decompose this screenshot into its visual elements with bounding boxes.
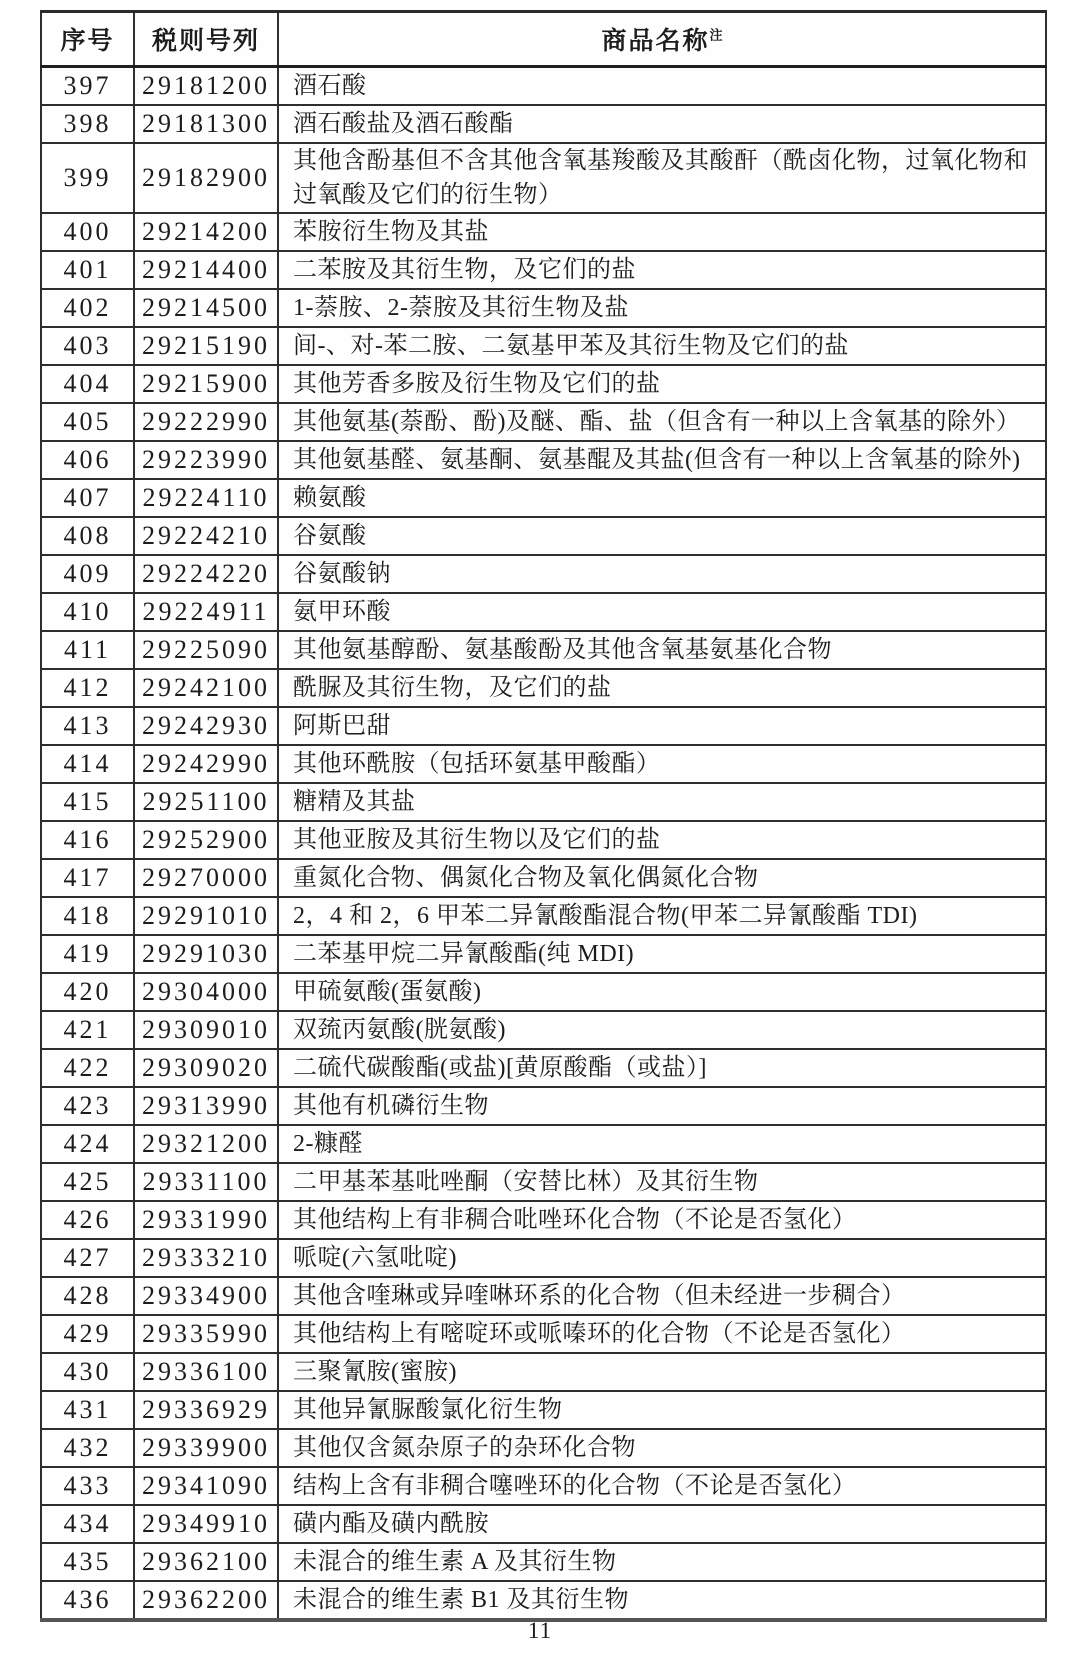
code-cell: 29251100: [134, 783, 278, 821]
serial-cell: 412: [41, 669, 134, 707]
table-row: 432 29339900 其他仅含氮杂原子的杂环化合物: [41, 1429, 1046, 1467]
code-header: 税则号列: [134, 12, 278, 67]
serial-cell: 436: [41, 1581, 134, 1620]
code-cell: 29181200: [134, 67, 278, 106]
serial-cell: 430: [41, 1353, 134, 1391]
table-row: 423 29313990 其他有机磷衍生物: [41, 1087, 1046, 1125]
table-row: 433 29341090 结构上含有非稠合噻唑环的化合物（不论是否氢化）: [41, 1467, 1046, 1505]
name-cell: 二硫代碳酸酯(或盐)[黄原酸酯（或盐）]: [278, 1049, 1046, 1087]
name-cell: 其他氨基醛、氨基酮、氨基醌及其盐(但含有一种以上含氧基的除外): [278, 441, 1046, 479]
serial-cell: 416: [41, 821, 134, 859]
table-row: 418 29291010 2，4 和 2，6 甲苯二异氰酸酯混合物(甲苯二异氰酸…: [41, 897, 1046, 935]
table-row: 427 29333210 哌啶(六氢吡啶): [41, 1239, 1046, 1277]
table-row: 398 29181300 酒石酸盐及酒石酸酯: [41, 105, 1046, 143]
name-cell: 间-、对-苯二胺、二氨基甲苯及其衍生物及它们的盐: [278, 327, 1046, 365]
serial-cell: 434: [41, 1505, 134, 1543]
name-cell: 其他氨基醇酚、氨基酸酚及其他含氧基氨基化合物: [278, 631, 1046, 669]
name-cell: 酒石酸盐及酒石酸酯: [278, 105, 1046, 143]
code-cell: 29215900: [134, 365, 278, 403]
table-row: 410 29224911 氨甲环酸: [41, 593, 1046, 631]
code-cell: 29321200: [134, 1125, 278, 1163]
code-cell: 29224220: [134, 555, 278, 593]
name-cell: 其他有机磷衍生物: [278, 1087, 1046, 1125]
serial-cell: 431: [41, 1391, 134, 1429]
name-cell: 甲硫氨酸(蛋氨酸): [278, 973, 1046, 1011]
table-row: 424 29321200 2-糠醛: [41, 1125, 1046, 1163]
code-cell: 29214500: [134, 289, 278, 327]
table-row: 415 29251100 糖精及其盐: [41, 783, 1046, 821]
table-row: 420 29304000 甲硫氨酸(蛋氨酸): [41, 973, 1046, 1011]
table-row: 399 29182900 其他含酚基但不含其他含氧基羧酸及其酸酐（酰卤化物，过氧…: [41, 143, 1046, 213]
serial-cell: 424: [41, 1125, 134, 1163]
table-row: 435 29362100 未混合的维生素 A 及其衍生物: [41, 1543, 1046, 1581]
table-row: 404 29215900 其他芳香多胺及衍生物及它们的盐: [41, 365, 1046, 403]
table-header: 序号 税则号列 商品名称注: [41, 12, 1046, 67]
code-cell: 29335990: [134, 1315, 278, 1353]
serial-cell: 425: [41, 1163, 134, 1201]
serial-cell: 428: [41, 1277, 134, 1315]
table-row: 397 29181200 酒石酸: [41, 67, 1046, 106]
code-cell: 29336929: [134, 1391, 278, 1429]
serial-cell: 399: [41, 143, 134, 213]
name-cell: 重氮化合物、偶氮化合物及氧化偶氮化合物: [278, 859, 1046, 897]
table-row: 411 29225090 其他氨基醇酚、氨基酸酚及其他含氧基氨基化合物: [41, 631, 1046, 669]
header-row: 序号 税则号列 商品名称注: [41, 12, 1046, 67]
name-cell: 其他仅含氮杂原子的杂环化合物: [278, 1429, 1046, 1467]
serial-cell: 420: [41, 973, 134, 1011]
code-cell: 29242930: [134, 707, 278, 745]
code-cell: 29336100: [134, 1353, 278, 1391]
document-page: 序号 税则号列 商品名称注 397 29181200 酒石酸 398 29181…: [0, 0, 1080, 1671]
serial-cell: 398: [41, 105, 134, 143]
table-row: 406 29223990 其他氨基醛、氨基酮、氨基醌及其盐(但含有一种以上含氧基…: [41, 441, 1046, 479]
serial-cell: 415: [41, 783, 134, 821]
serial-cell: 435: [41, 1543, 134, 1581]
code-cell: 29270000: [134, 859, 278, 897]
serial-cell: 400: [41, 213, 134, 251]
name-cell: 三聚氰胺(蜜胺): [278, 1353, 1046, 1391]
serial-cell: 419: [41, 935, 134, 973]
serial-cell: 404: [41, 365, 134, 403]
code-cell: 29214400: [134, 251, 278, 289]
code-cell: 29214200: [134, 213, 278, 251]
serial-cell: 406: [41, 441, 134, 479]
code-cell: 29331100: [134, 1163, 278, 1201]
table-row: 408 29224210 谷氨酸: [41, 517, 1046, 555]
name-cell: 其他氨基(萘酚、酚)及醚、酯、盐（但含有一种以上含氧基的除外）: [278, 403, 1046, 441]
code-cell: 29362200: [134, 1581, 278, 1620]
code-cell: 29349910: [134, 1505, 278, 1543]
table-row: 421 29309010 双巯丙氨酸(胱氨酸): [41, 1011, 1046, 1049]
code-cell: 29304000: [134, 973, 278, 1011]
name-cell: 其他芳香多胺及衍生物及它们的盐: [278, 365, 1046, 403]
code-cell: 29362100: [134, 1543, 278, 1581]
name-cell: 其他结构上有非稠合吡唑环化合物（不论是否氢化）: [278, 1201, 1046, 1239]
serial-cell: 426: [41, 1201, 134, 1239]
tariff-table: 序号 税则号列 商品名称注 397 29181200 酒石酸 398 29181…: [40, 10, 1047, 1622]
code-cell: 29291010: [134, 897, 278, 935]
serial-cell: 401: [41, 251, 134, 289]
table-row: 402 29214500 1-萘胺、2-萘胺及其衍生物及盐: [41, 289, 1046, 327]
name-cell: 赖氨酸: [278, 479, 1046, 517]
code-cell: 29331990: [134, 1201, 278, 1239]
name-cell: 双巯丙氨酸(胱氨酸): [278, 1011, 1046, 1049]
serial-cell: 407: [41, 479, 134, 517]
serial-cell: 429: [41, 1315, 134, 1353]
name-cell: 未混合的维生素 B1 及其衍生物: [278, 1581, 1046, 1620]
note-superscript: 注: [710, 28, 723, 43]
code-cell: 29309020: [134, 1049, 278, 1087]
table-row: 416 29252900 其他亚胺及其衍生物以及它们的盐: [41, 821, 1046, 859]
code-cell: 29215190: [134, 327, 278, 365]
name-cell: 其他异氰脲酸氯化衍生物: [278, 1391, 1046, 1429]
table-row: 409 29224220 谷氨酸钠: [41, 555, 1046, 593]
code-cell: 29225090: [134, 631, 278, 669]
name-cell: 酒石酸: [278, 67, 1046, 106]
name-cell: 谷氨酸钠: [278, 555, 1046, 593]
serial-cell: 427: [41, 1239, 134, 1277]
serial-cell: 422: [41, 1049, 134, 1087]
table-row: 431 29336929 其他异氰脲酸氯化衍生物: [41, 1391, 1046, 1429]
serial-cell: 423: [41, 1087, 134, 1125]
code-cell: 29224210: [134, 517, 278, 555]
table-body: 397 29181200 酒石酸 398 29181300 酒石酸盐及酒石酸酯 …: [41, 67, 1046, 1621]
serial-header: 序号: [41, 12, 134, 67]
table-row: 428 29334900 其他含喹琳或异喹啉环系的化合物（但未经进一步稠合）: [41, 1277, 1046, 1315]
table-row: 413 29242930 阿斯巴甜: [41, 707, 1046, 745]
code-cell: 29224911: [134, 593, 278, 631]
table-row: 425 29331100 二甲基苯基吡唑酮（安替比林）及其衍生物: [41, 1163, 1046, 1201]
name-cell: 2-糠醛: [278, 1125, 1046, 1163]
name-cell: 未混合的维生素 A 及其衍生物: [278, 1543, 1046, 1581]
serial-cell: 418: [41, 897, 134, 935]
name-cell: 二苯基甲烷二异氰酸酯(纯 MDI): [278, 935, 1046, 973]
table-row: 414 29242990 其他环酰胺（包括环氨基甲酸酯）: [41, 745, 1046, 783]
name-cell: 谷氨酸: [278, 517, 1046, 555]
name-cell: 磺内酯及磺内酰胺: [278, 1505, 1046, 1543]
name-cell: 酰脲及其衍生物，及它们的盐: [278, 669, 1046, 707]
table-row: 417 29270000 重氮化合物、偶氮化合物及氧化偶氮化合物: [41, 859, 1046, 897]
name-cell: 二苯胺及其衍生物，及它们的盐: [278, 251, 1046, 289]
table-row: 405 29222990 其他氨基(萘酚、酚)及醚、酯、盐（但含有一种以上含氧基…: [41, 403, 1046, 441]
code-cell: 29291030: [134, 935, 278, 973]
table-row: 419 29291030 二苯基甲烷二异氰酸酯(纯 MDI): [41, 935, 1046, 973]
serial-cell: 414: [41, 745, 134, 783]
code-cell: 29341090: [134, 1467, 278, 1505]
serial-cell: 413: [41, 707, 134, 745]
table-row: 434 29349910 磺内酯及磺内酰胺: [41, 1505, 1046, 1543]
code-cell: 29223990: [134, 441, 278, 479]
code-cell: 29334900: [134, 1277, 278, 1315]
name-cell: 哌啶(六氢吡啶): [278, 1239, 1046, 1277]
code-cell: 29309010: [134, 1011, 278, 1049]
name-header: 商品名称注: [278, 12, 1046, 67]
code-cell: 29339900: [134, 1429, 278, 1467]
table-row: 430 29336100 三聚氰胺(蜜胺): [41, 1353, 1046, 1391]
table-row: 400 29214200 苯胺衍生物及其盐: [41, 213, 1046, 251]
code-cell: 29242100: [134, 669, 278, 707]
name-cell: 结构上含有非稠合噻唑环的化合物（不论是否氢化）: [278, 1467, 1046, 1505]
table-row: 407 29224110 赖氨酸: [41, 479, 1046, 517]
table-row: 436 29362200 未混合的维生素 B1 及其衍生物: [41, 1581, 1046, 1620]
name-cell: 其他环酰胺（包括环氨基甲酸酯）: [278, 745, 1046, 783]
code-cell: 29252900: [134, 821, 278, 859]
serial-cell: 405: [41, 403, 134, 441]
serial-cell: 411: [41, 631, 134, 669]
serial-cell: 403: [41, 327, 134, 365]
serial-cell: 417: [41, 859, 134, 897]
serial-cell: 408: [41, 517, 134, 555]
name-cell: 糖精及其盐: [278, 783, 1046, 821]
code-cell: 29222990: [134, 403, 278, 441]
serial-cell: 432: [41, 1429, 134, 1467]
name-cell: 氨甲环酸: [278, 593, 1046, 631]
code-cell: 29182900: [134, 143, 278, 213]
table-row: 429 29335990 其他结构上有嘧啶环或哌嗪环的化合物（不论是否氢化）: [41, 1315, 1046, 1353]
name-cell: 阿斯巴甜: [278, 707, 1046, 745]
table-row: 426 29331990 其他结构上有非稠合吡唑环化合物（不论是否氢化）: [41, 1201, 1046, 1239]
table-row: 403 29215190 间-、对-苯二胺、二氨基甲苯及其衍生物及它们的盐: [41, 327, 1046, 365]
serial-cell: 397: [41, 67, 134, 106]
name-cell: 1-萘胺、2-萘胺及其衍生物及盐: [278, 289, 1046, 327]
serial-cell: 421: [41, 1011, 134, 1049]
name-cell: 其他含喹琳或异喹啉环系的化合物（但未经进一步稠合）: [278, 1277, 1046, 1315]
serial-cell: 433: [41, 1467, 134, 1505]
serial-cell: 402: [41, 289, 134, 327]
code-cell: 29333210: [134, 1239, 278, 1277]
serial-cell: 410: [41, 593, 134, 631]
table-row: 422 29309020 二硫代碳酸酯(或盐)[黄原酸酯（或盐）]: [41, 1049, 1046, 1087]
table-row: 401 29214400 二苯胺及其衍生物，及它们的盐: [41, 251, 1046, 289]
serial-cell: 409: [41, 555, 134, 593]
name-cell: 2，4 和 2，6 甲苯二异氰酸酯混合物(甲苯二异氰酸酯 TDI): [278, 897, 1046, 935]
name-cell: 其他亚胺及其衍生物以及它们的盐: [278, 821, 1046, 859]
code-cell: 29313990: [134, 1087, 278, 1125]
code-cell: 29224110: [134, 479, 278, 517]
page-number: 11: [0, 1618, 1080, 1644]
name-cell: 苯胺衍生物及其盐: [278, 213, 1046, 251]
code-cell: 29242990: [134, 745, 278, 783]
name-cell: 其他结构上有嘧啶环或哌嗪环的化合物（不论是否氢化）: [278, 1315, 1046, 1353]
name-header-label: 商品名称: [601, 28, 709, 55]
table-row: 412 29242100 酰脲及其衍生物，及它们的盐: [41, 669, 1046, 707]
name-cell: 二甲基苯基吡唑酮（安替比林）及其衍生物: [278, 1163, 1046, 1201]
code-cell: 29181300: [134, 105, 278, 143]
name-cell: 其他含酚基但不含其他含氧基羧酸及其酸酐（酰卤化物，过氧化物和过氧酸及它们的衍生物…: [278, 143, 1046, 213]
